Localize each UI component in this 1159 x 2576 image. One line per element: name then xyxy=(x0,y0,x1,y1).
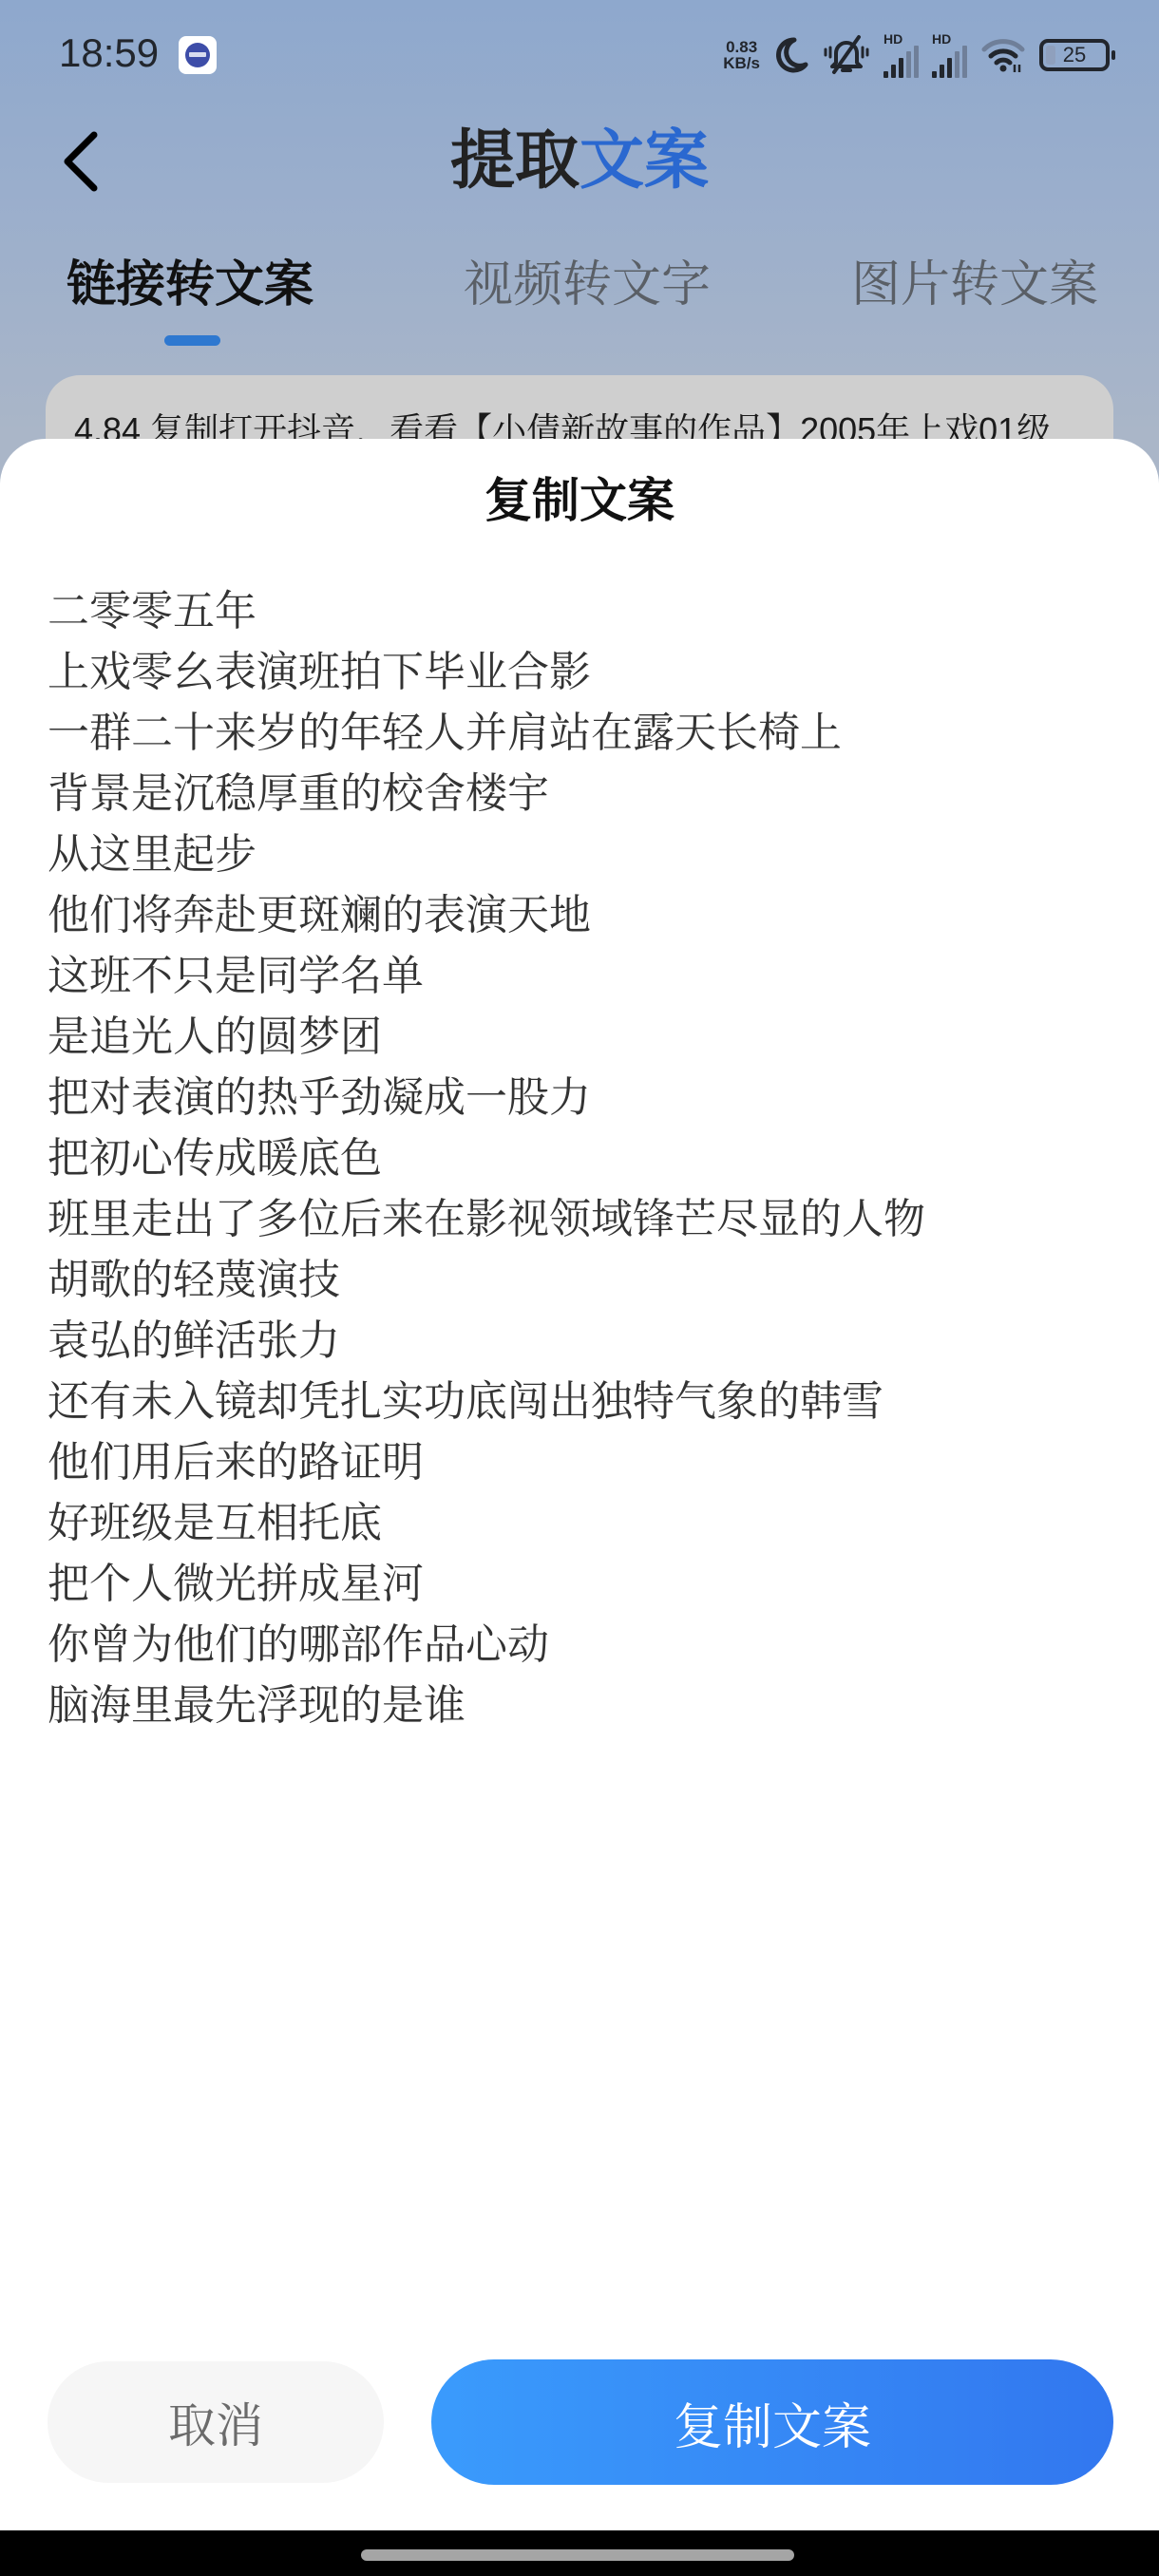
copy-text-button[interactable]: 复制文案 xyxy=(431,2359,1113,2485)
extracted-text: 二零零五年 上戏零幺表演班拍下毕业合影 一群二十来岁的年轻人并肩站在露天长椅上 … xyxy=(47,581,1111,1736)
network-speed: 0.83 KB/s xyxy=(723,39,760,71)
bell-muted-icon xyxy=(823,34,870,76)
cellular-signal-2: HD xyxy=(932,32,967,78)
status-bar: 18:59 0.83 KB/s HD HD xyxy=(0,0,1159,104)
tab-bar: 链接转文案 视频转文字 图片转文案 xyxy=(0,242,1159,356)
text-line: 一群二十来岁的年轻人并肩站在露天长椅上 xyxy=(47,703,1111,764)
status-icons: 0.83 KB/s HD HD 25 xyxy=(723,34,1110,76)
text-line: 胡歌的轻蔑演技 xyxy=(47,1250,1111,1311)
cellular-signal-1: HD xyxy=(883,32,919,78)
copy-text-sheet: 复制文案 二零零五年 上戏零幺表演班拍下毕业合影 一群二十来岁的年轻人并肩站在露… xyxy=(0,439,1159,2533)
tab-image-to-text[interactable]: 图片转文案 xyxy=(851,242,1098,328)
text-line: 班里走出了多位后来在影视领域锋芒尽显的人物 xyxy=(47,1189,1111,1250)
text-line: 把初心传成暖底色 xyxy=(47,1128,1111,1189)
sheet-title: 复制文案 xyxy=(0,467,1159,534)
text-line: 他们用后来的路证明 xyxy=(47,1432,1111,1493)
text-line: 他们将奔赴更斑斓的表演天地 xyxy=(47,885,1111,946)
battery-indicator: 25 xyxy=(1039,39,1110,71)
header: 提取文案 xyxy=(0,104,1159,218)
text-line: 好班级是互相托底 xyxy=(47,1493,1111,1554)
text-line: 袁弘的鲜活张力 xyxy=(47,1311,1111,1372)
home-indicator[interactable] xyxy=(361,2549,794,2561)
text-line: 你曾为他们的哪部作品心动 xyxy=(47,1615,1111,1676)
app-notification-icon xyxy=(179,36,217,74)
text-line: 把对表演的热乎劲凝成一股力 xyxy=(47,1068,1111,1128)
text-line: 还有未入镜却凭扎实功底闯出独特气象的韩雪 xyxy=(47,1372,1111,1432)
page-title: 提取文案 xyxy=(0,122,1159,201)
sheet-actions: 取消 复制文案 xyxy=(0,2359,1159,2485)
active-tab-indicator xyxy=(164,335,220,346)
tab-video-to-text[interactable]: 视频转文字 xyxy=(464,242,711,328)
text-line: 这班不只是同学名单 xyxy=(47,946,1111,1007)
text-line: 脑海里最先浮现的是谁 xyxy=(47,1676,1111,1736)
cancel-button[interactable]: 取消 xyxy=(47,2361,384,2483)
text-line: 背景是沉稳厚重的校舍楼宇 xyxy=(47,764,1111,824)
moon-icon xyxy=(773,36,809,74)
text-line: 上戏零幺表演班拍下毕业合影 xyxy=(47,642,1111,703)
status-time: 18:59 xyxy=(59,30,159,76)
text-line: 把个人微光拼成星河 xyxy=(47,1554,1111,1615)
text-line: 二零零五年 xyxy=(47,581,1111,642)
text-line: 从这里起步 xyxy=(47,824,1111,885)
system-navigation-bar xyxy=(0,2530,1159,2576)
tab-link-to-text[interactable]: 链接转文案 xyxy=(66,242,313,328)
wifi-icon xyxy=(980,36,1026,74)
text-line: 是追光人的圆梦团 xyxy=(47,1007,1111,1068)
